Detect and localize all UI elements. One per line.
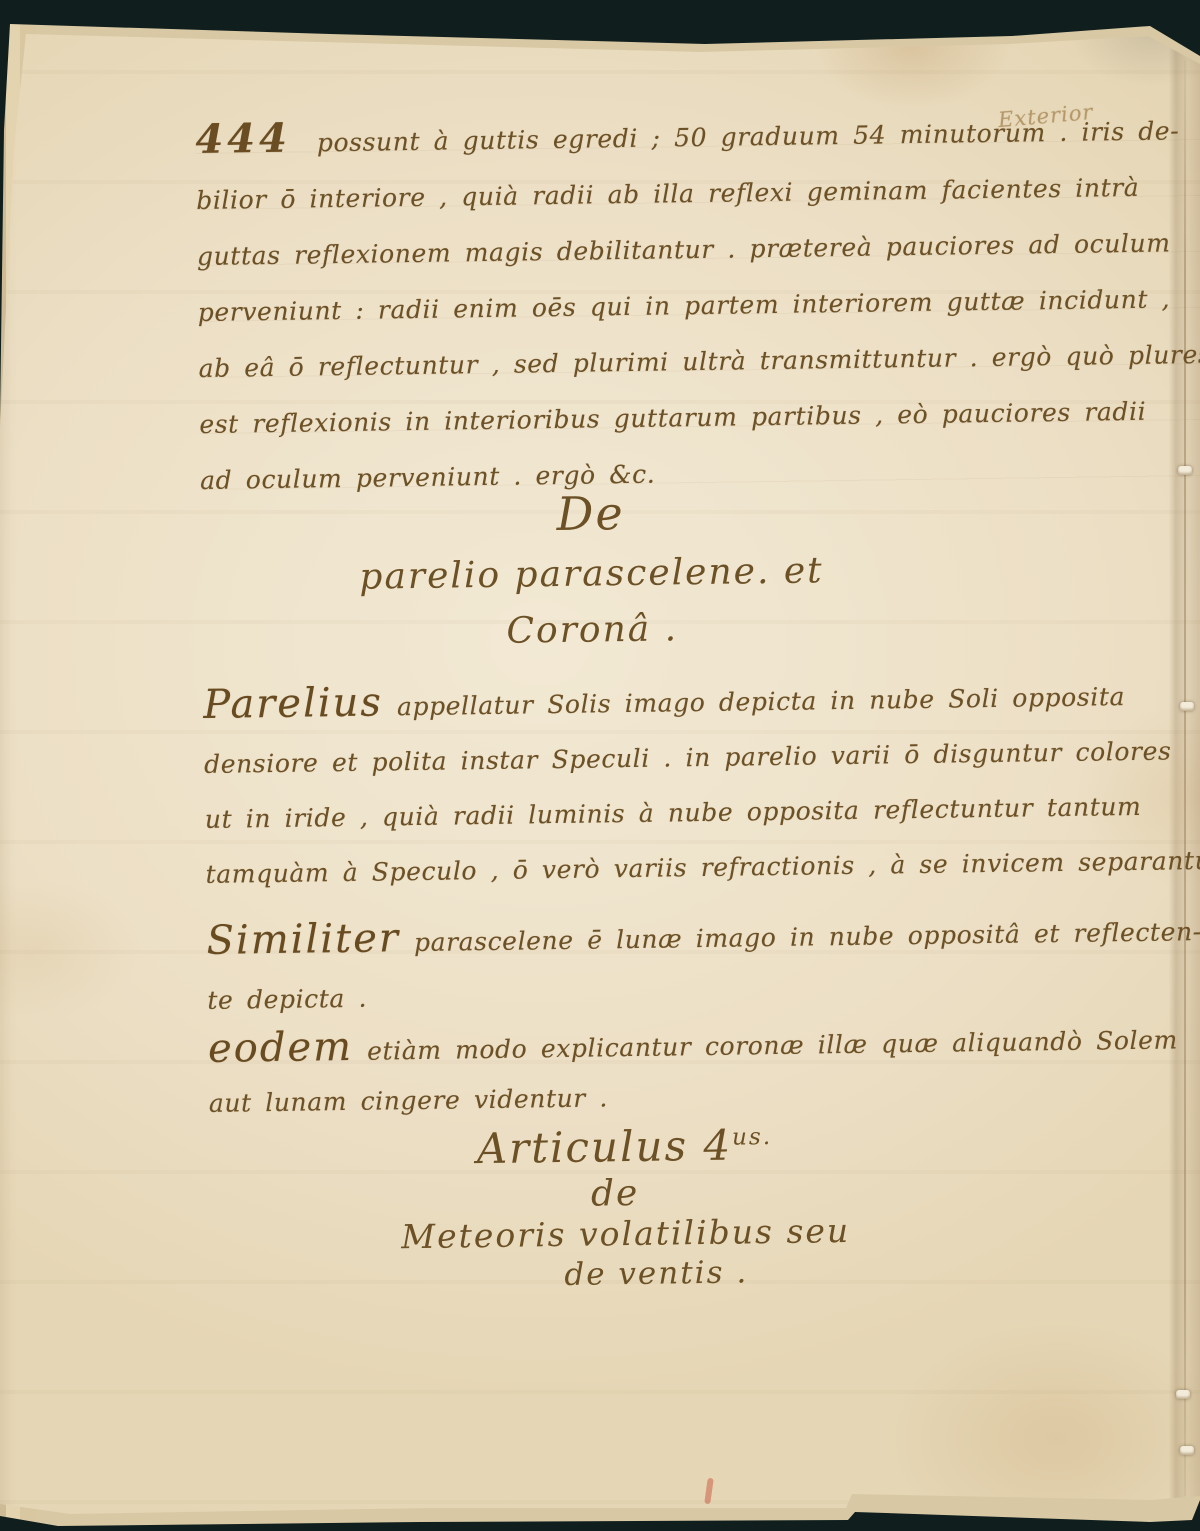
paragraph-lead-word: Parelius [203,679,383,728]
parelius-paragraph: Pareliusappellatur Solis imago depicta i… [203,663,1200,902]
paragraph-lead-word: eodem [208,1024,354,1072]
line-text: etiàm modo explicantur coronæ illæ quæ a… [367,1025,1178,1065]
page-number: 444 [195,115,291,163]
binding-stitch [1176,1390,1190,1399]
binding-stitch [1180,1446,1194,1455]
handwritten-text-layer: 444possunt à guttis egredi ; 50 graduum … [195,100,1103,1372]
paragraph-lead-word: Similiter [206,915,400,964]
intro-paragraph: 444possunt à guttis egredi ; 50 graduum … [195,98,1200,509]
article-number: Articulus 4 [476,1121,732,1174]
line-text: appellatur Solis imago depicta in nube S… [397,682,1125,721]
line-text: parascelene ē lunæ imago in nube opposit… [414,917,1200,957]
manuscript-photo: Exterior 444possunt à guttis egredi ; 50… [0,0,1200,1531]
section-heading-de: De [200,483,981,544]
line-text: possunt à guttis egredi ; 50 graduum 54 … [317,116,1180,157]
article-number-superscript: us. [732,1124,772,1151]
section-heading-corona: Coronâ . [202,603,983,658]
similiter-paragraph: Similiterparascelene ē lunæ imago in nub… [206,900,1200,1028]
section-heading-parelio: parelio parascelene. et [201,547,982,602]
